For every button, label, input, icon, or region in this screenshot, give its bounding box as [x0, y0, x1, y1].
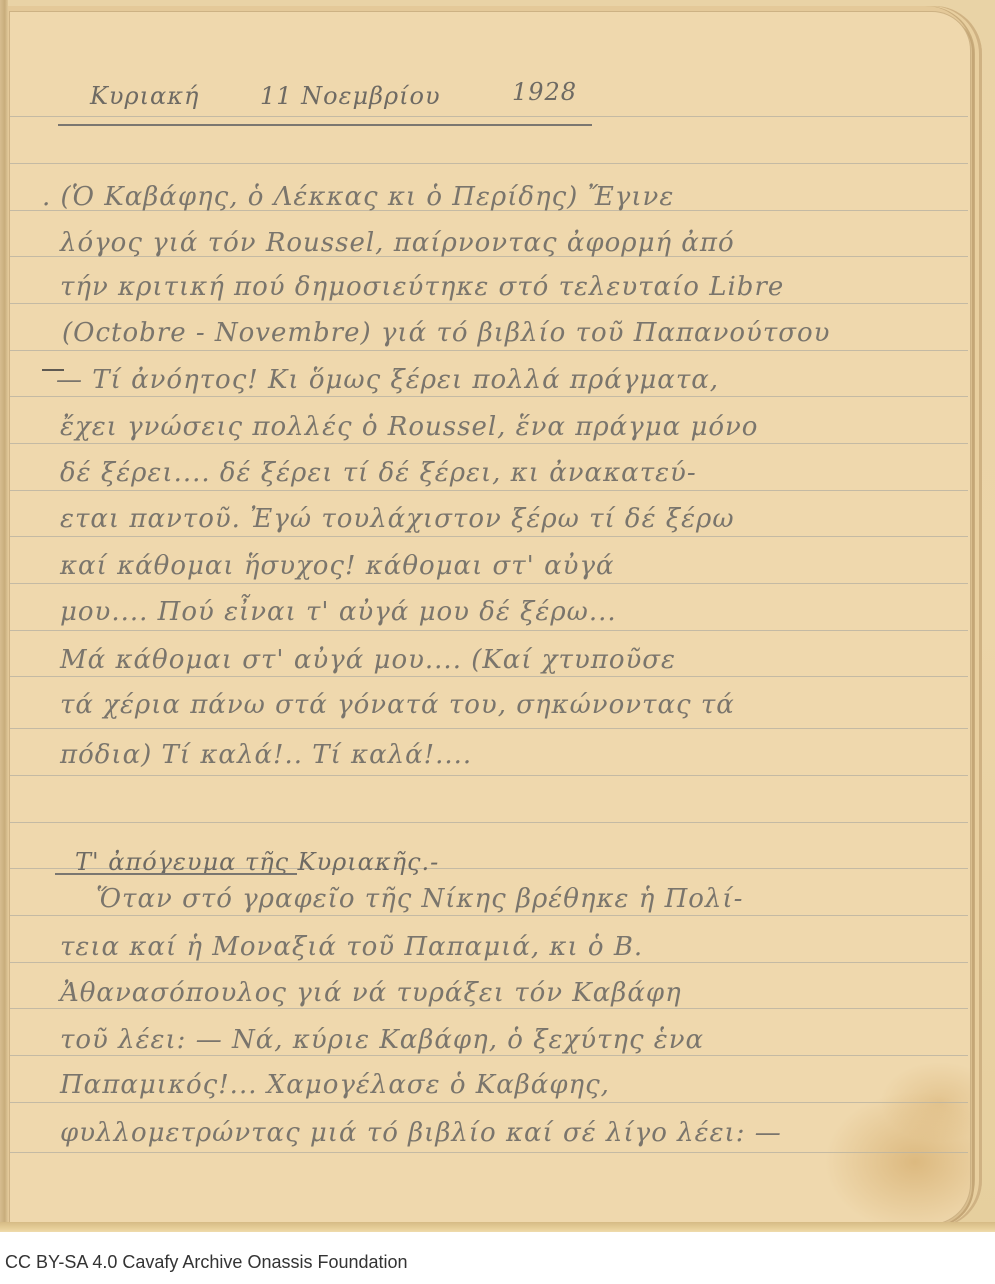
text-line: μου.... Πού εἶναι τ' αὐγά μου δέ ξέρω...	[60, 597, 617, 627]
text-line: καί κάθομαι ἥσυχος! κάθομαι στ' αὐγά	[60, 551, 615, 581]
text-line: ἔχει γνώσεις πολλές ὁ Roussel, ἕνα πράγμ…	[60, 412, 758, 442]
heading-date: 11 Νοεμβρίου	[260, 82, 441, 110]
ruled-line	[10, 396, 968, 397]
section2-title: Τ' ἀπόγευμα τῆς Κυριακῆς.-	[75, 848, 439, 876]
ruled-line	[10, 116, 968, 117]
text-line: Μά κάθομαι στ' αὐγά μου.... (Καί χτυποῦσ…	[60, 645, 676, 675]
binding-edge	[0, 0, 8, 1232]
ruled-line	[10, 1152, 968, 1153]
text-line: δέ ξέρει.... δέ ξέρει τί δέ ξέρει, κι ἀν…	[60, 458, 697, 488]
ruled-line	[10, 490, 968, 491]
section2-underline	[55, 873, 297, 875]
heading-day: Κυριακή	[90, 82, 199, 110]
text-line: τά χέρια πάνω στά γόνατά του, σηκώνοντας…	[60, 690, 735, 720]
ruled-line	[10, 163, 968, 164]
text-line: τεια καί ἡ Μοναξιά τοῦ Παπαμιά, κι ὁ Β.	[60, 932, 643, 962]
dash-mark	[42, 369, 64, 371]
text-line: φυλλομετρώντας μιά τό βιβλίο καί σέ λίγο…	[60, 1118, 782, 1148]
heading-underline	[58, 124, 592, 126]
ruled-line	[10, 822, 968, 823]
heading-year: 1928	[512, 78, 577, 106]
text-line: Ὅταν στό γραφεῖο τῆς Νίκης βρέθηκε ἡ Πολ…	[96, 884, 743, 914]
license-caption: CC BY-SA 4.0 Cavafy Archive Onassis Foun…	[5, 1252, 408, 1273]
ruled-line	[10, 775, 968, 776]
text-line: λόγος γιά τόν Roussel, παίρνοντας ἀφορμή…	[60, 228, 735, 258]
ruled-line	[10, 630, 968, 631]
text-line: εται παντοῦ. Ἐγώ τουλάχιστον ξέρω τί δέ …	[60, 504, 735, 534]
notebook-scan: Κυριακή 11 Νοεμβρίου 1928 . (Ὁ Καβάφης, …	[0, 0, 995, 1232]
ruled-line	[10, 962, 968, 963]
ruled-line	[10, 676, 968, 677]
ruled-line	[10, 583, 968, 584]
text-line: . (Ὁ Καβάφης, ὁ Λέκκας κι ὁ Περίδης) Ἔγι…	[42, 182, 674, 212]
text-line: Ἀθανασόπουλος γιά νά τυράξει τόν Καβάφη	[60, 978, 682, 1008]
text-line: τήν κριτική πού δημοσιεύτηκε στό τελευτα…	[60, 272, 784, 302]
ruled-line	[10, 303, 968, 304]
page-bottom-edge	[0, 1222, 995, 1232]
ruled-line	[10, 1055, 968, 1056]
ruled-line	[10, 443, 968, 444]
text-line: τοῦ λέει: — Νά, κύριε Καβάφη, ὁ ξεχύτης …	[60, 1025, 704, 1055]
text-line: (Octobre - Novembre) γιά τό βιβλίο τοῦ Π…	[62, 318, 830, 348]
text-line: πόδια) Τί καλά!.. Τί καλά!....	[60, 740, 472, 770]
ruled-line	[10, 728, 968, 729]
text-line: Παπαμικός!... Χαμογέλασε ὁ Καβάφης,	[60, 1070, 610, 1100]
ruled-line	[10, 915, 968, 916]
ruled-line	[10, 1008, 968, 1009]
text-line: — Τί ἀνόητος! Κι ὅμως ξέρει πολλά πράγμα…	[56, 365, 719, 395]
ruled-line	[10, 1102, 968, 1103]
ruled-line	[10, 350, 968, 351]
ruled-line	[10, 536, 968, 537]
